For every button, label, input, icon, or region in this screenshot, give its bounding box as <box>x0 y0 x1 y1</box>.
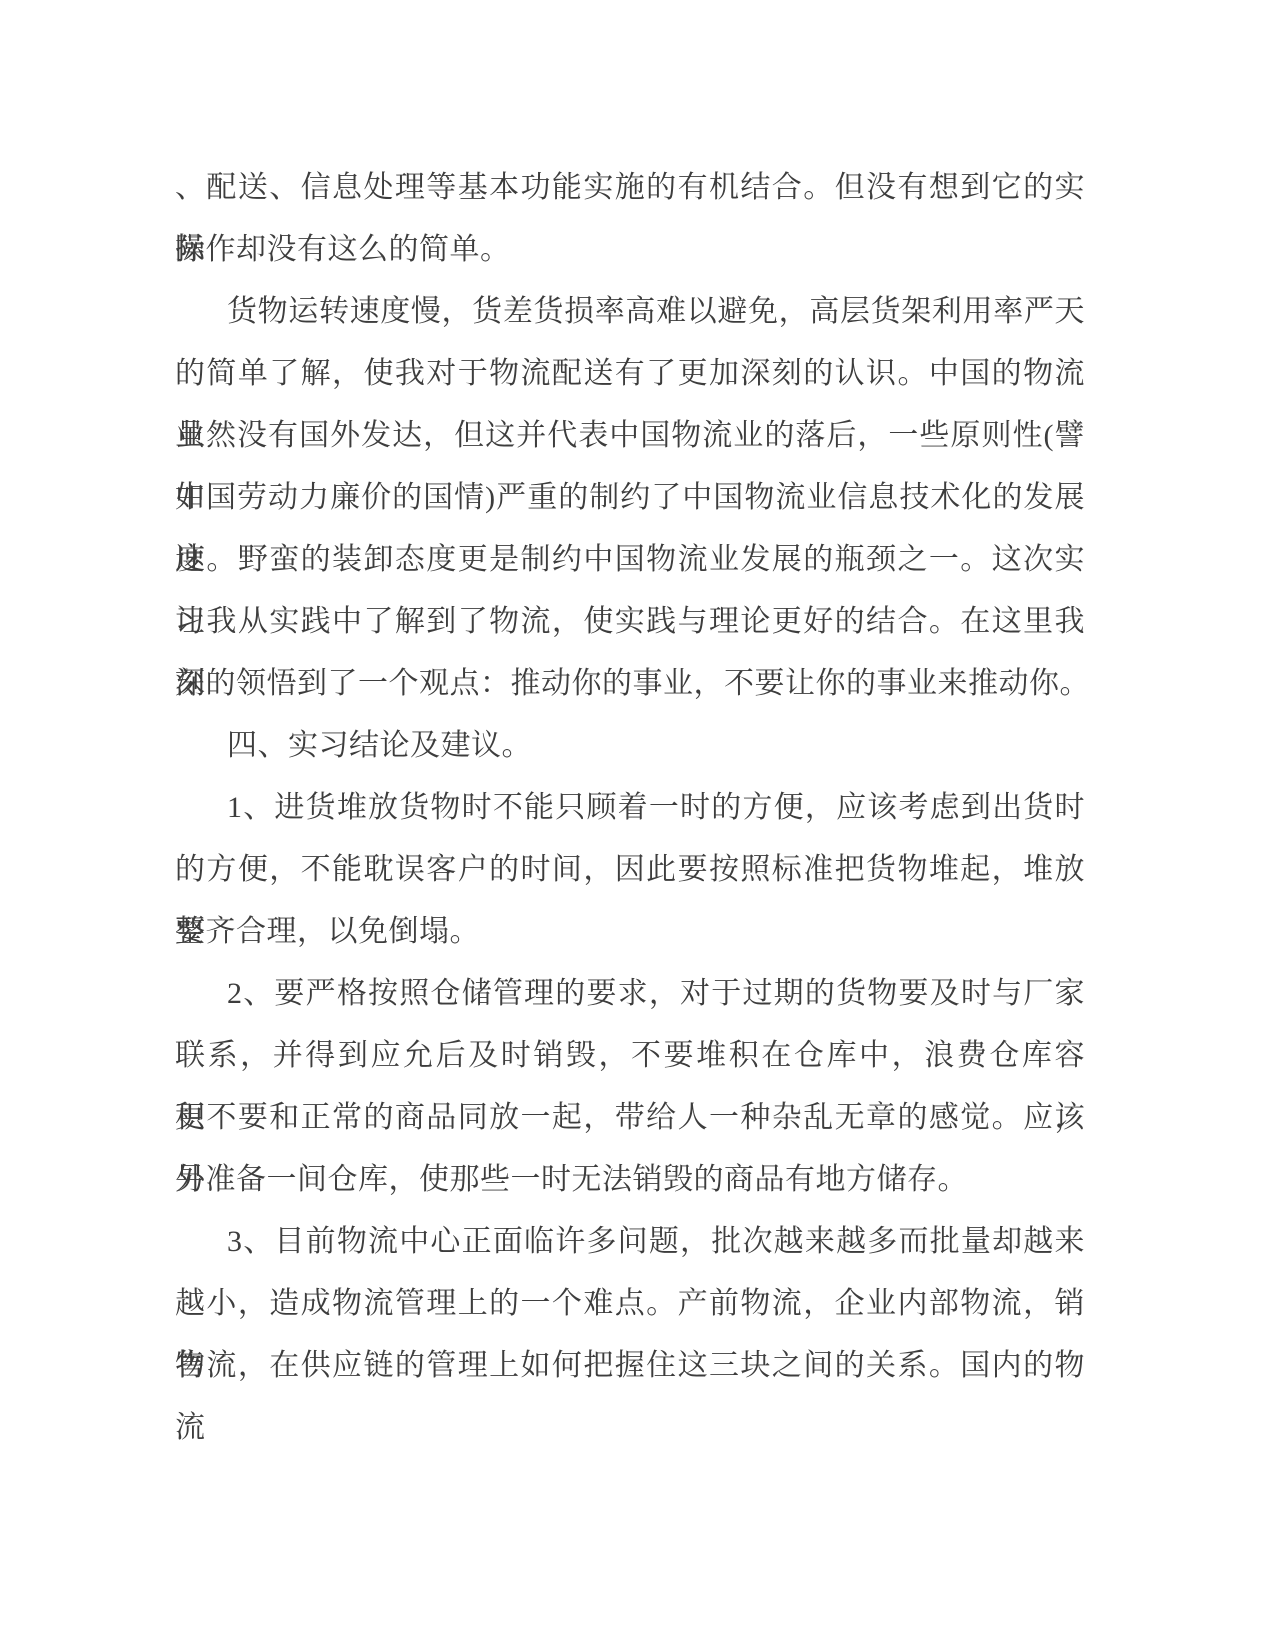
text-line: 联系，并得到应允后及时销毁，不要堆积在仓库中，浪费仓库容积， <box>175 1025 1085 1087</box>
paragraph: 2、要严格按照仓储管理的要求，对于过期的货物要及时与厂家联系，并得到应允后及时销… <box>175 963 1085 1211</box>
text-line: 物流，在供应链的管理上如何把握住这三块之间的关系。国内的物流 <box>175 1335 1085 1397</box>
text-line: 四、实习结论及建议。 <box>175 715 1085 777</box>
text-line: 3、目前物流中心正面临许多问题，批次越来越多而批量却越来 <box>175 1211 1085 1273</box>
text-line: 整齐合理，以免倒塌。 <box>175 901 1085 963</box>
text-line: 的方便，不能耽误客户的时间，因此要按照标准把货物堆起，堆放要 <box>175 839 1085 901</box>
text-line: 中国劳动力廉价的国情)严重的制约了中国物流业信息技术化的发展速 <box>175 467 1085 529</box>
paragraph: 、配送、信息处理等基本功能实施的有机结合。但没有想到它的实际操作却没有这么的简单… <box>175 157 1085 281</box>
text-line: 的简单了解，使我对于物流配送有了更加深刻的认识。中国的物流业 <box>175 343 1085 405</box>
text-line: 货物运转速度慢，货差货损率高难以避免，高层货架利用率严天 <box>175 281 1085 343</box>
document-page: 、配送、信息处理等基本功能实施的有机结合。但没有想到它的实际操作却没有这么的简单… <box>0 0 1275 1650</box>
text-line: 让我从实践中了解到了物流，使实践与理论更好的结合。在这里我深 <box>175 591 1085 653</box>
paragraph: 3、目前物流中心正面临许多问题，批次越来越多而批量却越来越小，造成物流管理上的一… <box>175 1211 1085 1397</box>
text-line: 刻的领悟到了一个观点：推动你的事业，不要让你的事业来推动你。 <box>175 653 1085 715</box>
paragraph: 货物运转速度慢，货差货损率高难以避免，高层货架利用率严天的简单了解，使我对于物流… <box>175 281 1085 715</box>
text-line: 、配送、信息处理等基本功能实施的有机结合。但没有想到它的实际 <box>175 157 1085 219</box>
text-line: 越小，造成物流管理上的一个难点。产前物流，企业内部物流，销售 <box>175 1273 1085 1335</box>
text-line: 1、进货堆放货物时不能只顾着一时的方便，应该考虑到出货时 <box>175 777 1085 839</box>
text-line: 2、要严格按照仓储管理的要求，对于过期的货物要及时与厂家 <box>175 963 1085 1025</box>
text-line: 更不要和正常的商品同放一起，带给人一种杂乱无章的感觉。应该另 <box>175 1087 1085 1149</box>
document-body: 、配送、信息处理等基本功能实施的有机结合。但没有想到它的实际操作却没有这么的简单… <box>175 157 1085 1397</box>
paragraph: 1、进货堆放货物时不能只顾着一时的方便，应该考虑到出货时的方便，不能耽误客户的时… <box>175 777 1085 963</box>
text-line: 度。野蛮的装卸态度更是制约中国物流业发展的瓶颈之一。这次实习 <box>175 529 1085 591</box>
text-line: 操作却没有这么的简单。 <box>175 219 1085 281</box>
text-line: 虽然没有国外发达，但这并代表中国物流业的落后，一些原则性(譬如 <box>175 405 1085 467</box>
paragraph: 四、实习结论及建议。 <box>175 715 1085 777</box>
text-line: 外准备一间仓库，使那些一时无法销毁的商品有地方储存。 <box>175 1149 1085 1211</box>
